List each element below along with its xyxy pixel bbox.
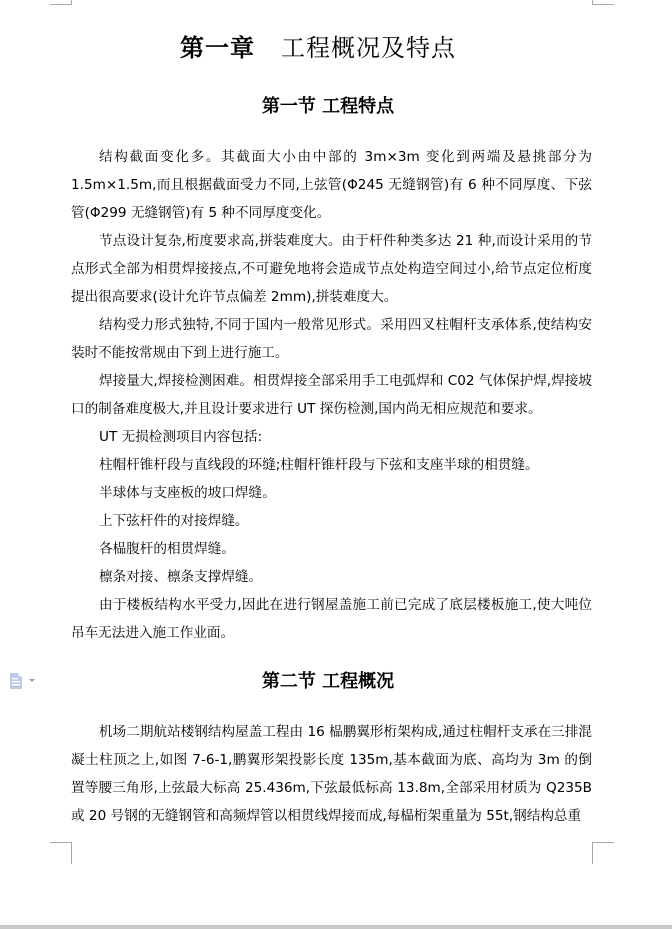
- section-heading-1: 第一节 工程特点: [0, 94, 656, 120]
- crop-mark-top-left: [50, 0, 72, 5]
- crop-mark-bottom-right: [592, 842, 614, 864]
- list-item: 半球体与支座板的坡口焊缝。: [71, 479, 592, 507]
- list-item: 柱帽杆锥杆段与直线段的环缝;柱帽杆锥杆段与下弦和支座半球的相贯缝。: [71, 451, 592, 479]
- paragraph: 焊接量大,焊接检测困难。相贯焊接全部采用手工电弧焊和 C02 气体保护焊,焊接坡…: [71, 367, 592, 423]
- section-2-body: 机场二期航站楼钢结构屋盖工程由 16 榀鹏翼形桁架构成,通过柱帽杆支承在三排混凝…: [71, 718, 592, 830]
- paragraph: 由于楼板结构水平受力,因此在进行钢屋盖施工前已完成了底层楼板施工,使大吨位吊车无…: [71, 591, 592, 647]
- crop-mark-bottom-left: [50, 842, 72, 864]
- section-1-body: 结构截面变化多。其截面大小由中部的 3m×3m 变化到两端及悬挑部分为 1.5m…: [71, 143, 592, 647]
- crop-mark-top-right: [592, 0, 614, 5]
- chapter-name: 工程概况及特点: [281, 34, 456, 62]
- chapter-number: 第一章: [180, 34, 255, 62]
- paragraph: 机场二期航站楼钢结构屋盖工程由 16 榀鹏翼形桁架构成,通过柱帽杆支承在三排混凝…: [71, 718, 592, 830]
- paragraph: 节点设计复杂,桁度要求高,拼装难度大。由于杆件种类多达 21 种,而设计采用的节…: [71, 227, 592, 311]
- chapter-title: 第一章工程概况及特点: [0, 31, 636, 65]
- paragraph: 结构受力形式独特,不同于国内一般常见形式。采用四叉柱帽杆支承体系,使结构安装时不…: [71, 311, 592, 367]
- page-boundary: [0, 925, 672, 929]
- section-heading-2: 第二节 工程概况: [0, 669, 656, 695]
- list-intro: UT 无损检测项目内容包括:: [71, 423, 592, 451]
- list-item: 上下弦杆件的对接焊缝。: [71, 507, 592, 535]
- document-page: 第一章工程概况及特点 第一节 工程特点 结构截面变化多。其截面大小由中部的 3m…: [0, 0, 672, 925]
- list-item: 檩条对接、檩条支撑焊缝。: [71, 563, 592, 591]
- list-item: 各榀腹杆的相贯焊缝。: [71, 535, 592, 563]
- paragraph: 结构截面变化多。其截面大小由中部的 3m×3m 变化到两端及悬挑部分为 1.5m…: [71, 143, 592, 227]
